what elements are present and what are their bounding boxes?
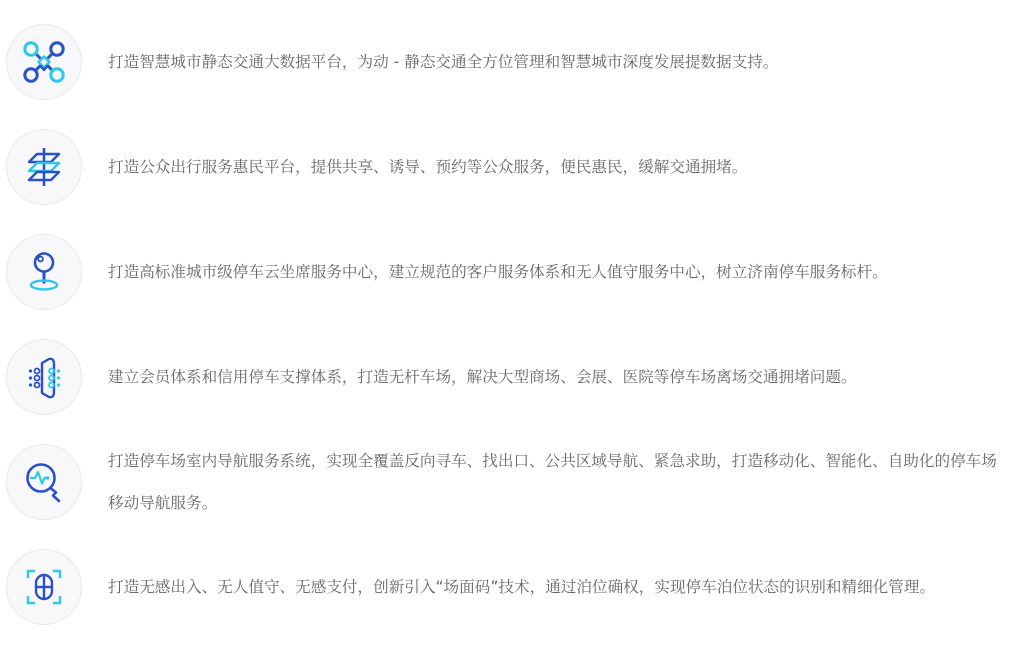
feature-row: 打造停车场室内导航服务系统，实现全覆盖反向寻车、找出口、公共区域导航、紧急求助，… <box>0 429 1017 534</box>
feature-row: 打造智慧城市静态交通大数据平台，为动 - 静态交通全方位管理和智慧城市深度发展提… <box>0 9 1017 114</box>
feature-row: 打造无感出入、无人值守、无感支付，创新引入“场面码”技术，通过泊位确权，实现停车… <box>0 534 1017 639</box>
network-nodes-icon <box>6 24 82 100</box>
feature-text: 打造停车场室内导航服务系统，实现全覆盖反向寻车、找出口、公共区域导航、紧急求助，… <box>108 440 1004 524</box>
feature-text: 建立会员体系和信用停车支撑体系，打造无杆车场，解决大型商场、会展、医院等停车场离… <box>108 356 857 398</box>
scan-frame-icon <box>6 549 82 625</box>
feature-row: 打造公众出行服务惠民平台，提供共享、诱导、预约等公众服务，便民惠民，缓解交通拥堵… <box>0 114 1017 219</box>
feature-list: 打造智慧城市静态交通大数据平台，为动 - 静态交通全方位管理和智慧城市深度发展提… <box>0 0 1017 639</box>
feature-text: 打造高标准城市级停车云坐席服务中心，建立规范的客户服务体系和无人值守服务中心，树… <box>108 251 888 293</box>
connector-ports-icon <box>6 339 82 415</box>
feature-row: 建立会员体系和信用停车支撑体系，打造无杆车场，解决大型商场、会展、医院等停车场离… <box>0 324 1017 429</box>
feature-text: 打造公众出行服务惠民平台，提供共享、诱导、预约等公众服务，便民惠民，缓解交通拥堵… <box>108 146 747 188</box>
feature-text: 打造无感出入、无人值守、无感支付，创新引入“场面码”技术，通过泊位确权，实现停车… <box>108 566 935 608</box>
layers-stack-icon <box>6 129 82 205</box>
feature-row: 打造高标准城市级停车云坐席服务中心，建立规范的客户服务体系和无人值守服务中心，树… <box>0 219 1017 324</box>
feature-text: 打造智慧城市静态交通大数据平台，为动 - 静态交通全方位管理和智慧城市深度发展提… <box>108 41 778 83</box>
search-pulse-icon <box>6 444 82 520</box>
location-pin-icon <box>6 234 82 310</box>
